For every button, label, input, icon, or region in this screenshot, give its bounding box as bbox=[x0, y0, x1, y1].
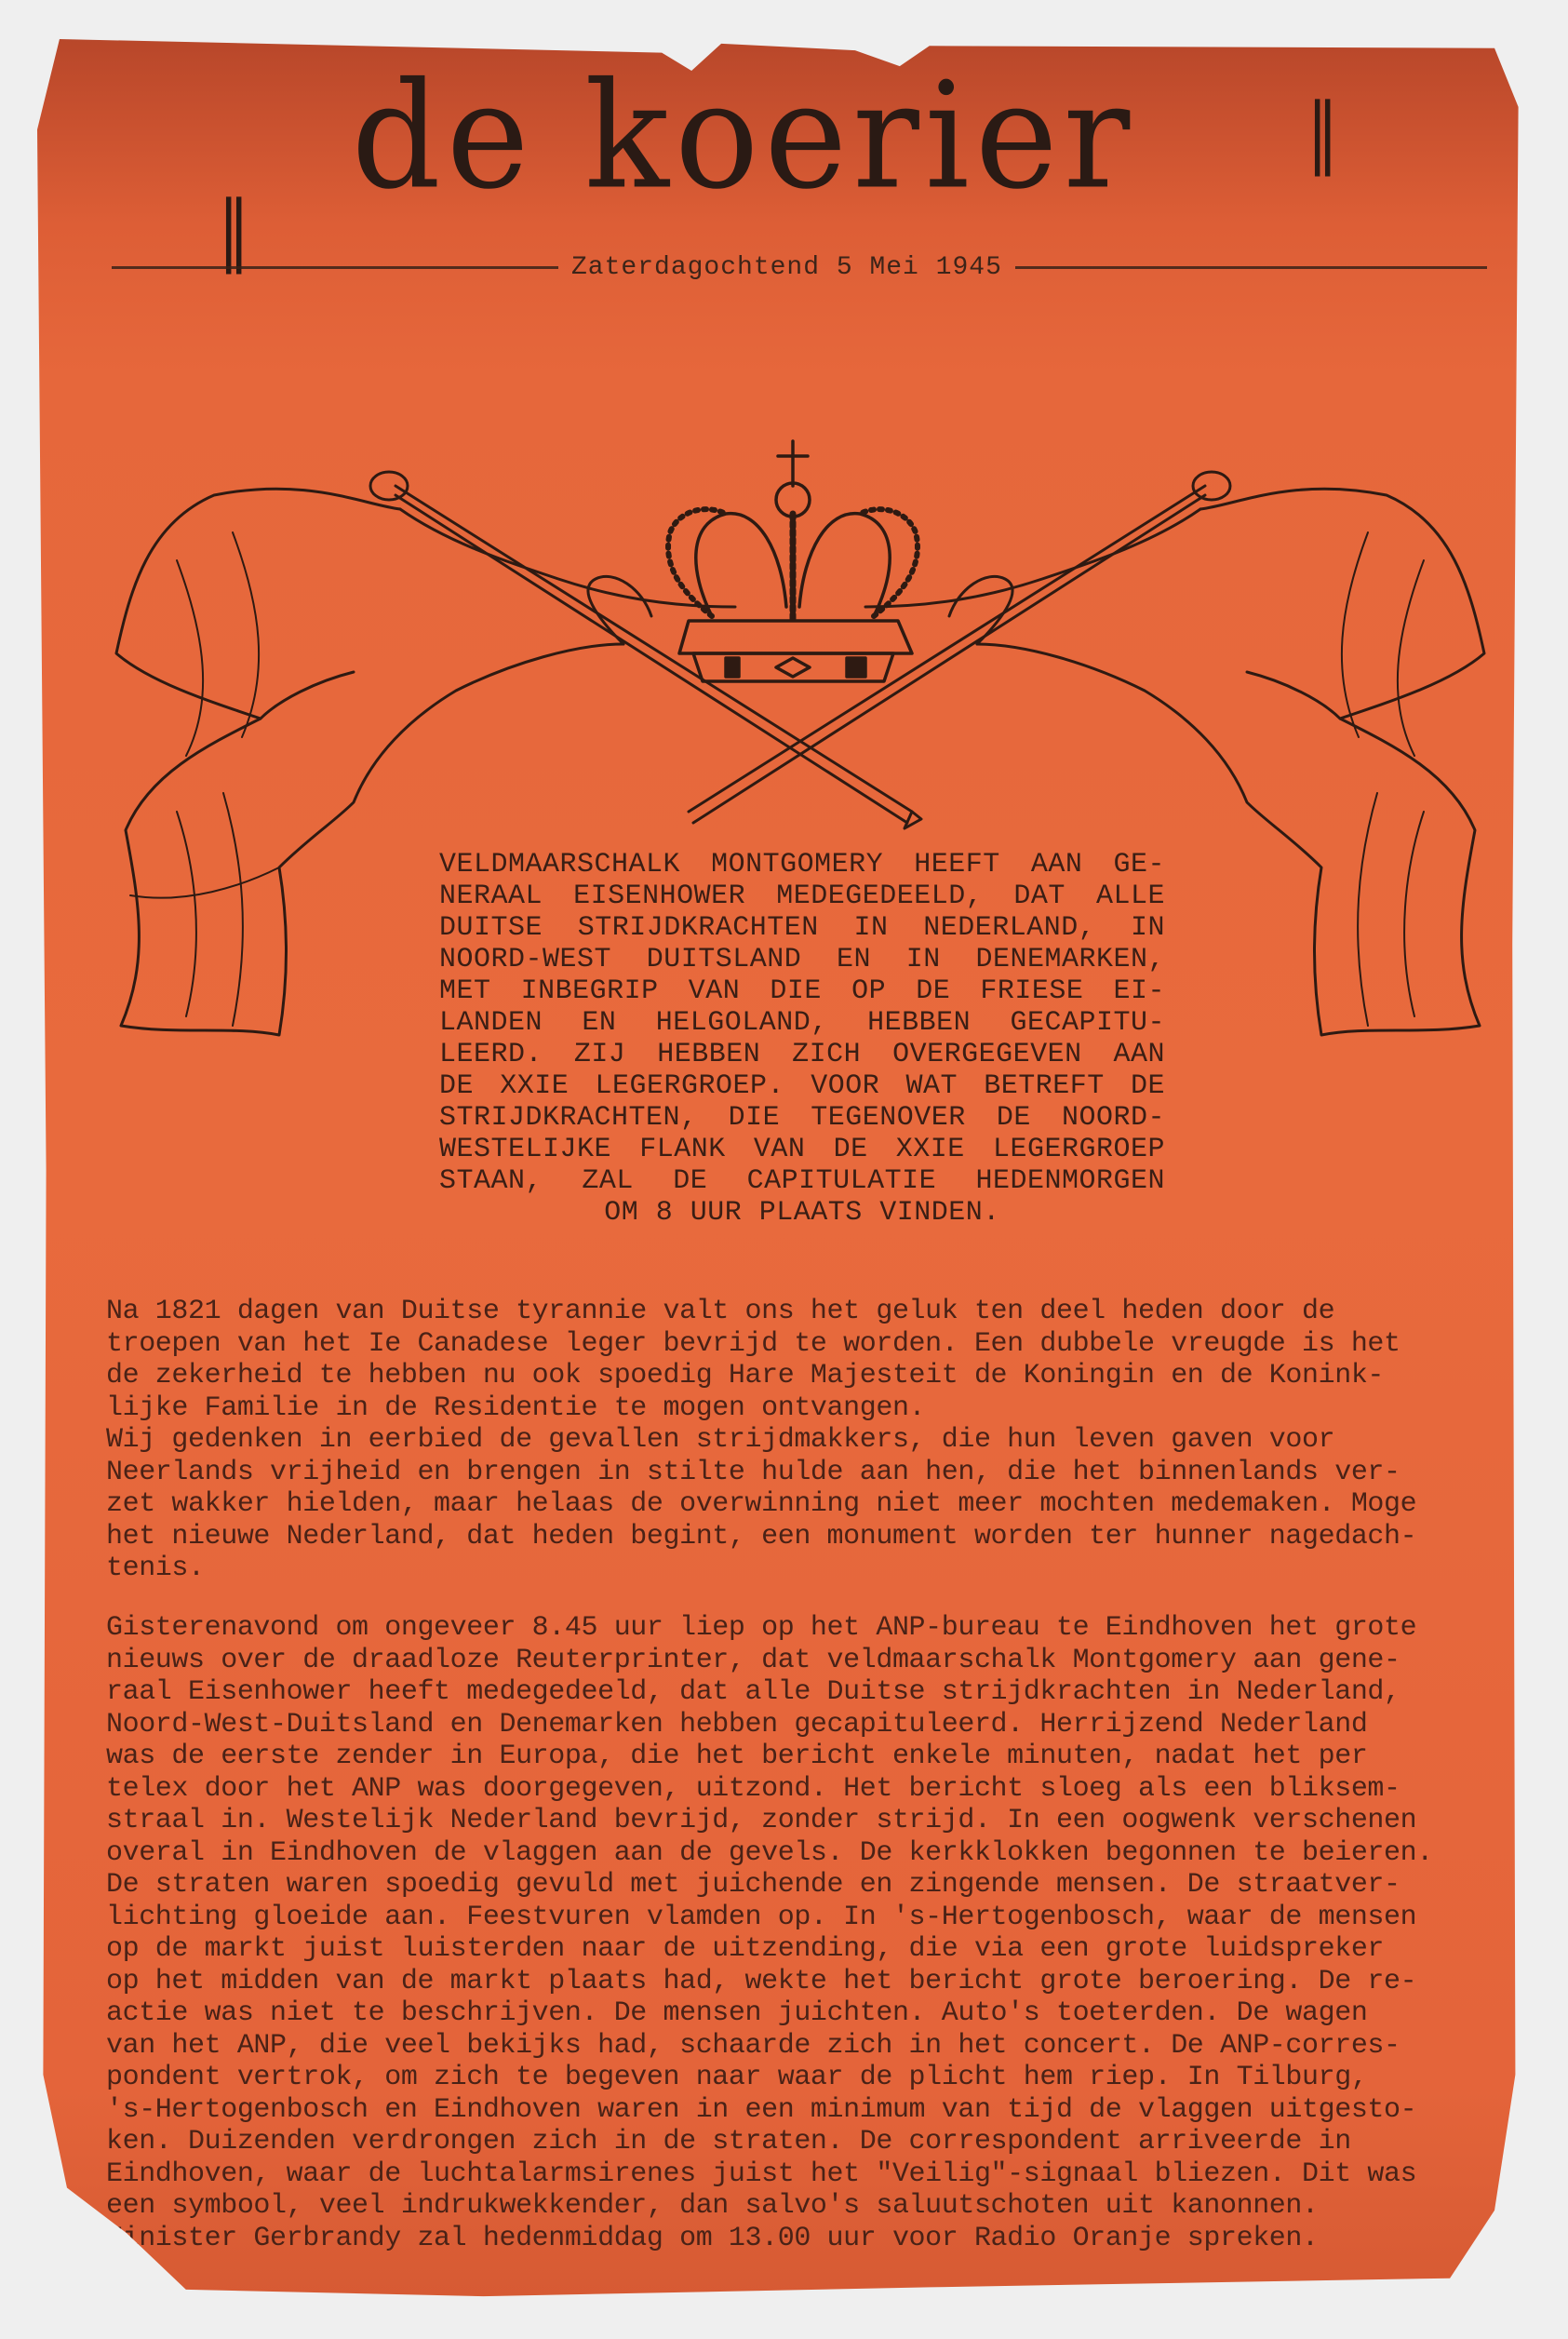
paragraph-line: Eindhoven, waar de luchtalarmsirenes jui… bbox=[106, 2158, 1474, 2191]
paragraph-line: straal in. Westelijk Nederland bevrijd, … bbox=[106, 1805, 1474, 1837]
announcement-line: DUITSE STRIJDKRACHTEN IN NEDERLAND, IN bbox=[439, 912, 1165, 944]
announcement-line: STRIJDKRACHTEN, DIE TEGENOVER DE NOORD- bbox=[439, 1102, 1165, 1134]
paragraph-line: nieuws over de draadloze Reuterprinter, … bbox=[106, 1645, 1474, 1677]
paragraph-line: op het midden van de markt plaats had, w… bbox=[106, 1966, 1474, 1998]
paragraph-line: Na 1821 dagen van Duitse tyrannie valt o… bbox=[106, 1296, 1474, 1328]
announcement-line: NERAAL EISENHOWER MEDEGEDEELD, DAT ALLE bbox=[439, 880, 1165, 912]
paragraph-line: ken. Duizenden verdrongen zich in de str… bbox=[106, 2126, 1474, 2158]
announcement-line: LANDEN EN HELGOLAND, HEBBEN GECAPITU- bbox=[439, 1007, 1165, 1039]
issue-date: Zaterdagochtend 5 Mei 1945 bbox=[571, 253, 1002, 282]
paragraph-line: Wij gedenken in eerbied de gevallen stri… bbox=[106, 1424, 1474, 1457]
announcement-line: OM 8 UUR PLAATS VINDEN. bbox=[439, 1197, 1165, 1229]
paragraph-line: raal Eisenhower heeft medegedeeld, dat a… bbox=[106, 1676, 1474, 1709]
paragraph-line: was de eerste zender in Europa, die het … bbox=[106, 1741, 1474, 1773]
date-line: Zaterdagochtend 5 Mei 1945 bbox=[112, 253, 1487, 282]
announcement-line: VELDMAARSCHALK MONTGOMERY HEEFT AAN GE- bbox=[439, 849, 1165, 880]
paragraph-line: Noord-West-Duitsland en Denemarken hebbe… bbox=[106, 1709, 1474, 1741]
paragraph-line: van het ANP, die veel bekijks had, schaa… bbox=[106, 2030, 1474, 2063]
paragraph-line: lichting gloeide aan. Feestvuren vlamden… bbox=[106, 1902, 1474, 1934]
paragraph-liberation: Na 1821 dagen van Duitse tyrannie valt o… bbox=[106, 1296, 1474, 1585]
paragraph-line: actie was niet te beschrijven. De mensen… bbox=[106, 1997, 1474, 2030]
paragraph-line: telex door het ANP was doorgegeven, uitz… bbox=[106, 1773, 1474, 1806]
paragraph-line: op de markt juist luisterden naar de uit… bbox=[106, 1933, 1474, 1966]
paragraph-line: 's-Hertogenbosch en Eindhoven waren in e… bbox=[106, 2094, 1474, 2127]
paragraph-line: de zekerheid te hebben nu ook spoedig Ha… bbox=[106, 1360, 1474, 1392]
announcement-line: DE XXIe LEGERGROEP. VOOR WAT BETREFT DE bbox=[439, 1070, 1165, 1102]
paragraph-line: Neerlands vrijheid en brengen in stilte … bbox=[106, 1457, 1474, 1489]
newspaper-page: de koerier ║ ║ Zaterdagochtend 5 Mei 194… bbox=[37, 39, 1524, 2301]
paragraph-line: pondent vertrok, om zich te begeven naar… bbox=[106, 2062, 1474, 2094]
paragraph-line: tenis. bbox=[106, 1553, 1474, 1585]
paragraph-line: Minister Gerbrandy zal hedenmiddag om 13… bbox=[106, 2223, 1474, 2255]
masthead: de koerier bbox=[37, 67, 1524, 207]
announcement-line: STAAN, ZAL DE CAPITULATIE HEDENMORGEN bbox=[439, 1165, 1165, 1197]
announcement-block: VELDMAARSCHALK MONTGOMERY HEEFT AAN GE- … bbox=[439, 849, 1165, 1229]
paragraph-line: De straten waren spoedig gevuld met juic… bbox=[106, 1869, 1474, 1902]
rule-left bbox=[112, 266, 558, 269]
rule-right bbox=[1015, 266, 1487, 269]
masthead-ornament-right: ║ bbox=[1303, 100, 1342, 176]
announcement-line: LEERD. ZIJ HEBBEN ZICH OVERGEGEVEN AAN bbox=[439, 1039, 1165, 1070]
paragraph-line: zet wakker hielden, maar helaas de overw… bbox=[106, 1488, 1474, 1521]
paragraph-line: lijke Familie in de Residentie te mogen … bbox=[106, 1392, 1474, 1425]
paragraph-line: Gisterenavond om ongeveer 8.45 uur liep … bbox=[106, 1612, 1474, 1645]
paragraph-line: overal in Eindhoven de vlaggen aan de ge… bbox=[106, 1837, 1474, 1870]
announcement-line: MET INBEGRIP VAN DIE OP DE FRIESE EI- bbox=[439, 975, 1165, 1007]
announcement-line: WESTELIJKE FLANK VAN DE XXIe LEGERGROEP bbox=[439, 1134, 1165, 1165]
newspaper-title: de koerier bbox=[352, 63, 1136, 210]
announcement-line: NOORD-WEST DUITSLAND EN IN DENEMARKEN, bbox=[439, 944, 1165, 975]
paragraph-line: troepen van het Ie Canadese leger bevrij… bbox=[106, 1328, 1474, 1361]
crown-icon bbox=[668, 441, 918, 681]
paragraph-line: een symbool, veel indrukwekkender, dan s… bbox=[106, 2190, 1474, 2223]
paragraph-line: het nieuwe Nederland, dat heden begint, … bbox=[106, 1521, 1474, 1553]
paragraph-news-report: Gisterenavond om ongeveer 8.45 uur liep … bbox=[106, 1612, 1474, 2254]
